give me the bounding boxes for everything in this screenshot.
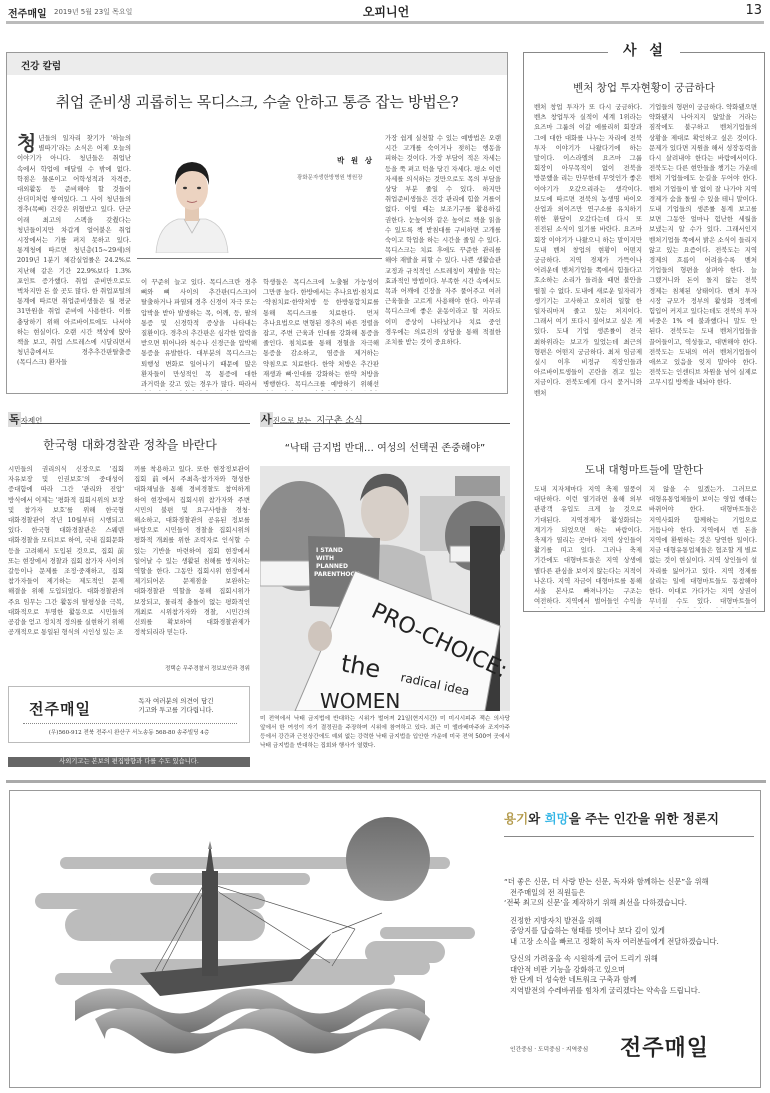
reader-column-col2: 끼를 착용하고 있다. 또한 현장정보관이 집회 前에서 주최측·참가자와 형성… xyxy=(134,464,250,654)
reader-column-header: 독자제언 xyxy=(8,408,250,424)
editorial-box: 사 설 벤처 창업 투자현황이 궁금하다 벤처 창업 투자가 또 다시 궁금하다… xyxy=(523,52,765,612)
health-column-tag: 건강 칼럼 xyxy=(7,53,507,75)
author-portrait xyxy=(152,141,232,253)
reader-column-byline: 정택순 무주경찰서 정보보안과 경위 xyxy=(134,664,250,672)
section-rest: 자제언 xyxy=(21,416,43,425)
editorial-2-col2: 지 않을 수 있겠는가. 그러므로 대형유통업체들이 보이는 영업 행태는 바뀌… xyxy=(649,484,757,608)
photo-divider xyxy=(137,258,382,259)
editorial-title-2: 도내 대형마트들에 말한다 xyxy=(524,462,764,477)
editorial-label: 사 설 xyxy=(609,40,681,60)
author-affiliation: 광화문자생한방병원 병원장 xyxy=(297,173,363,181)
reader-column-title: 한국형 대화경찰관 정착을 바란다 xyxy=(6,436,254,453)
editorial-1-col2: 기업들의 형편이 궁금하다. 약화됐으면 약화됐지 나아지지 않았을 거라는 짐… xyxy=(649,102,757,452)
contribution-address: (우)560-912 전북 전주시 완산구 서노송동 568-80 송주빌딩 4… xyxy=(9,728,249,736)
health-column-text-col3: 학생들은 목디스크에 노출될 가능성이 그만큼 높다. 한방에서는 추나요법·침… xyxy=(263,277,379,391)
photo-news-header: 사진으로 보는 지구촌 소식 xyxy=(260,408,510,424)
sun-icon xyxy=(346,817,430,901)
svg-text:WOMEN: WOMEN xyxy=(320,689,400,711)
page-number: 13 xyxy=(745,3,762,18)
svg-text:I STAND: I STAND xyxy=(316,547,343,554)
section-divider xyxy=(6,780,766,783)
masthead-rule xyxy=(6,21,764,24)
section-initial: 사 xyxy=(260,412,273,427)
health-column-article: 건강 칼럼 취업 준비생 괴롭히는 목디스크, 수술 안하고 통증 잡는 방법은… xyxy=(6,52,508,394)
author-photo-box: 박 원 상 광화문자생한방병원 병원장 xyxy=(137,141,382,259)
health-column-text-col2: 이 꾸준히 늘고 있다. 목디스크란 경추 뼈와 뼈 사이의 추간판(디스크)이… xyxy=(141,277,257,391)
reader-column-col1: 시민들의 권리의식 신장으로 '집회 자유보장 및 인권보호'의 중대성이 증대… xyxy=(8,464,124,666)
drop-cap: 청 xyxy=(17,133,36,153)
ad-slogan: 인간중심 · 도덕중심 · 지역중심 xyxy=(510,1044,588,1053)
svg-text:PLANNED: PLANNED xyxy=(316,563,348,570)
ad-headline-rule xyxy=(504,836,754,837)
newspaper-promo-ad: 용기와 희망을 주는 인간을 위한 정론지 “더 좋은 신문, 더 사랑 받는 … xyxy=(9,790,761,1088)
contribution-notice-box: 전주매일 독자 여러분의 의견이 담긴 기고와 투고를 기다립니다. (우)56… xyxy=(8,686,250,743)
waves-icon xyxy=(75,989,430,1054)
health-column-title: 취업 준비생 괴롭히는 목디스크, 수술 안하고 통증 잡는 방법은? xyxy=(7,91,507,112)
editorial-2-col1: 도내 지자체마다 지역 축제 열풍이 대단하다. 이런 열기라면 올해 외부 관… xyxy=(534,484,642,608)
protest-photo-image: I STAND WITH PLANNED PARENTHOOD PRO-CHOI… xyxy=(260,466,510,711)
contribution-message: 독자 여러분의 의견이 담긴 기고와 투고를 기다립니다. xyxy=(121,697,231,715)
health-column-text-col4: 가장 쉽게 실천할 수 있는 예방법은 오랜 시간 고개를 숙이거나 젖히는 행… xyxy=(385,133,501,391)
ad-paragraph: 당신의 가려움을 속 시원하게 긁어 드리기 위해 대안적 비판 기능을 강화하… xyxy=(504,954,759,996)
health-column-text-col1: 청년들의 일자리 찾기가 '하늘의 별따기'라는 소식은 어제 오늘의 이야기가… xyxy=(17,133,131,391)
protest-photo: I STAND WITH PLANNED PARENTHOOD PRO-CHOI… xyxy=(260,466,510,711)
ad-headline: 용기와 희망을 주는 인간을 위한 정론지 xyxy=(504,809,719,827)
newspaper-logo: 전주매일 xyxy=(29,698,91,719)
pen-ship-illustration xyxy=(10,791,480,1087)
editorial-1-col1: 벤처 창업 투자가 또 다시 궁금하다. 벤츠 창업투자 실적이 세계 1위라는… xyxy=(534,102,642,452)
photo-news-title: “낙태 금지법 반대… 여성의 선택권 존중해야” xyxy=(260,439,510,454)
author-name: 박 원 상 xyxy=(337,155,374,166)
disclaimer-bar: 사외기고는 본보의 편집방향과 다를 수도 있습니다. xyxy=(8,757,250,767)
masthead: 전주매일 2019년 5월 23일 목요일 오피니언 13 xyxy=(6,2,764,24)
svg-text:WITH: WITH xyxy=(316,555,334,562)
ad-paragraph: “더 좋은 신문, 더 사랑 받는 신문, 독자와 함께하는 신문”을 위해 전… xyxy=(504,877,759,909)
ad-paragraph: 진정한 지방자치 발전을 위해 중앙지를 답습하는 형태를 벗어나 보다 깊이 … xyxy=(504,916,759,948)
section-initial: 독 xyxy=(8,412,21,427)
ad-newspaper-logo: 전주매일 xyxy=(620,1031,709,1062)
paper-name: 전주매일 xyxy=(8,5,47,20)
editorial-title-1: 벤처 창업 투자현황이 궁금하다 xyxy=(524,80,764,95)
issue-date: 2019년 5월 23일 목요일 xyxy=(54,7,132,17)
ad-body-text: “더 좋은 신문, 더 사랑 받는 신문, 독자와 함께하는 신문”을 위해 전… xyxy=(504,877,759,1003)
section-title: 오피니언 xyxy=(336,3,436,20)
photo-caption: 미 전역에서 낙태 금지법에 반대하는 시위가 벌어져 21일(현지시간) 미 … xyxy=(260,715,510,751)
